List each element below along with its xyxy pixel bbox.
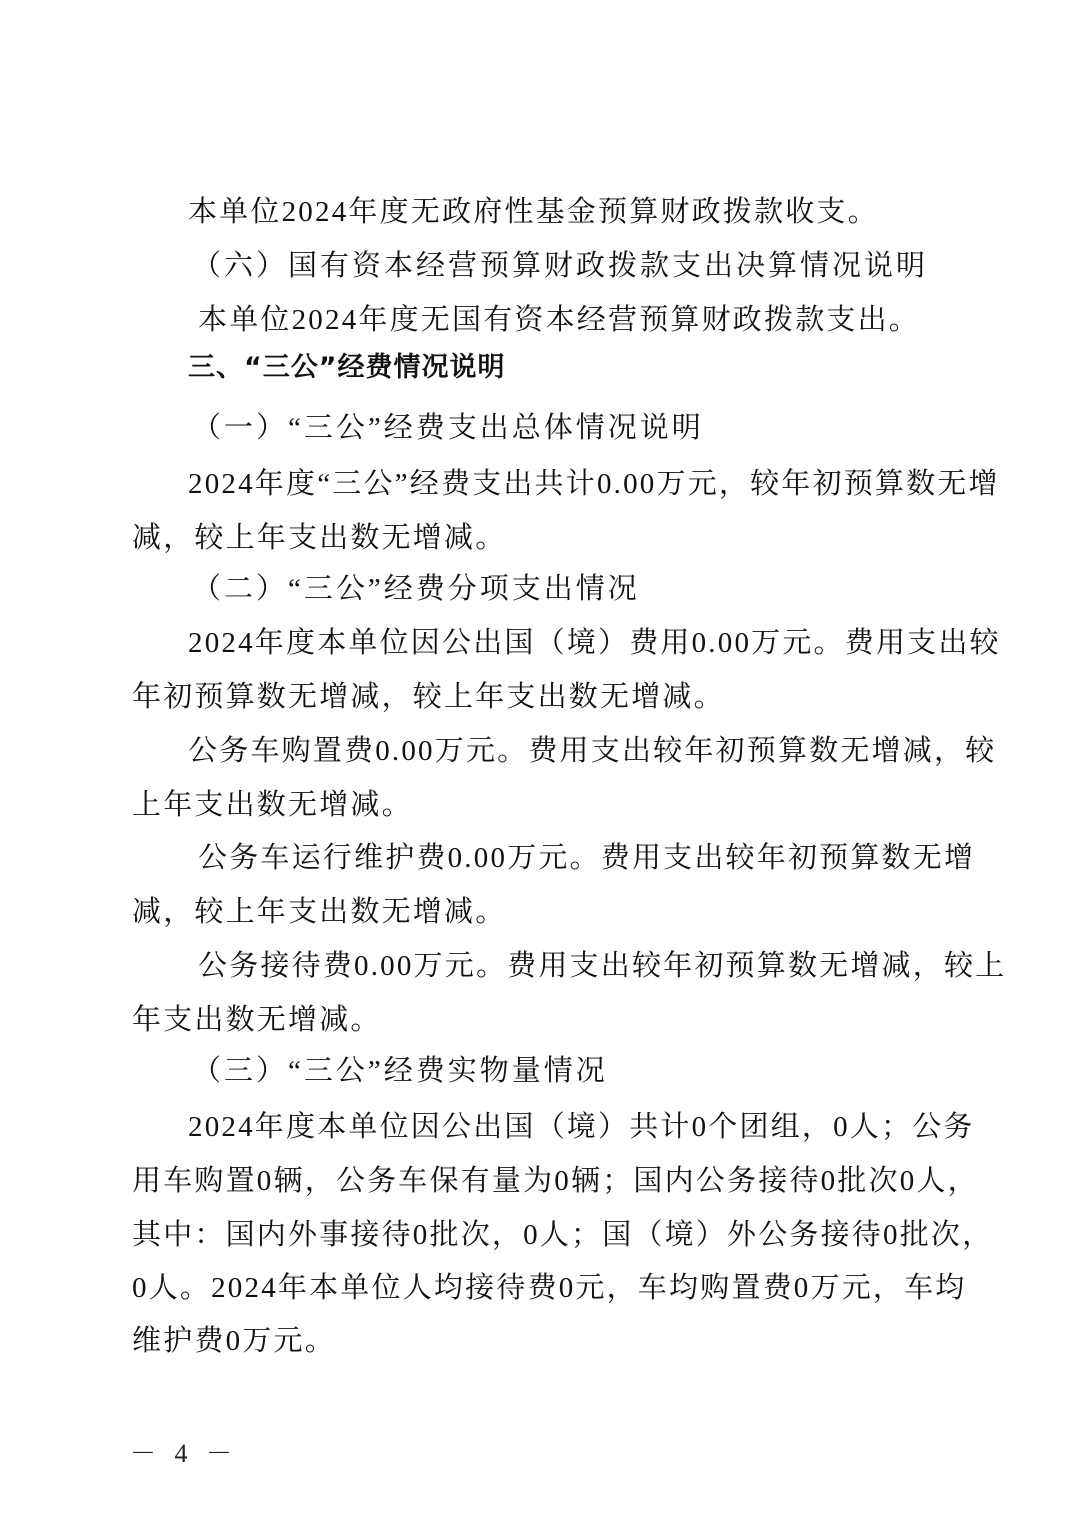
paragraph-overseas-travel-line1: 2024年度本单位因公出国（境）费用0.00万元。费用支出较 bbox=[188, 623, 944, 663]
paragraph-physical-quantity-line1: 2024年度本单位因公出国（境）共计0个团组，0人；公务 bbox=[188, 1107, 944, 1147]
paragraph-vehicle-purchase-line2: 上年支出数无增减。 bbox=[132, 785, 944, 825]
paragraph-vehicle-maintenance-line2: 减，较上年支出数无增减。 bbox=[132, 892, 944, 932]
subheading-itemized-expenses: （二）“三公”经费分项支出情况 bbox=[192, 569, 944, 609]
paragraph-overall-expenses-line2: 减，较上年支出数无增减。 bbox=[132, 518, 944, 558]
subheading-state-capital-budget: （六）国有资本经营预算财政拨款支出决算情况说明 bbox=[192, 246, 944, 286]
paragraph-reception-line1: 公务接待费0.00万元。费用支出较年初预算数无增减，较上 bbox=[198, 946, 944, 986]
paragraph-gov-fund-budget: 本单位2024年度无政府性基金预算财政拨款收支。 bbox=[188, 192, 944, 232]
section-heading-three-public-expenses: 三、“三公”经费情况说明 bbox=[188, 348, 944, 388]
subheading-overall-expenses: （一）“三公”经费支出总体情况说明 bbox=[192, 408, 944, 448]
paragraph-reception-line2: 年支出数无增减。 bbox=[132, 1000, 944, 1040]
paragraph-vehicle-maintenance-line1: 公务车运行维护费0.00万元。费用支出较年初预算数无增 bbox=[198, 838, 944, 878]
paragraph-overall-expenses-line1: 2024年度“三公”经费支出共计0.00万元，较年初预算数无增 bbox=[188, 464, 944, 504]
document-page: 本单位2024年度无政府性基金预算财政拨款收支。 （六）国有资本经营预算财政拨款… bbox=[0, 0, 1075, 1520]
paragraph-physical-quantity-line2: 用车购置0辆，公务车保有量为0辆；国内公务接待0批次0人， bbox=[132, 1161, 944, 1201]
paragraph-physical-quantity-line5: 维护费0万元。 bbox=[132, 1321, 944, 1361]
paragraph-overseas-travel-line2: 年初预算数无增减，较上年支出数无增减。 bbox=[132, 677, 944, 717]
paragraph-physical-quantity-line4: 0人。2024年本单位人均接待费0元，车均购置费0万元，车均 bbox=[132, 1268, 944, 1308]
subheading-physical-quantity: （三）“三公”经费实物量情况 bbox=[192, 1051, 944, 1091]
paragraph-vehicle-purchase-line1: 公务车购置费0.00万元。费用支出较年初预算数无增减，较 bbox=[188, 731, 944, 771]
page-number: － 4 － bbox=[130, 1438, 238, 1470]
paragraph-physical-quantity-line3: 其中：国内外事接待0批次，0人；国（境）外公务接待0批次， bbox=[132, 1215, 944, 1255]
paragraph-state-capital-budget: 本单位2024年度无国有资本经营预算财政拨款支出。 bbox=[198, 300, 944, 340]
